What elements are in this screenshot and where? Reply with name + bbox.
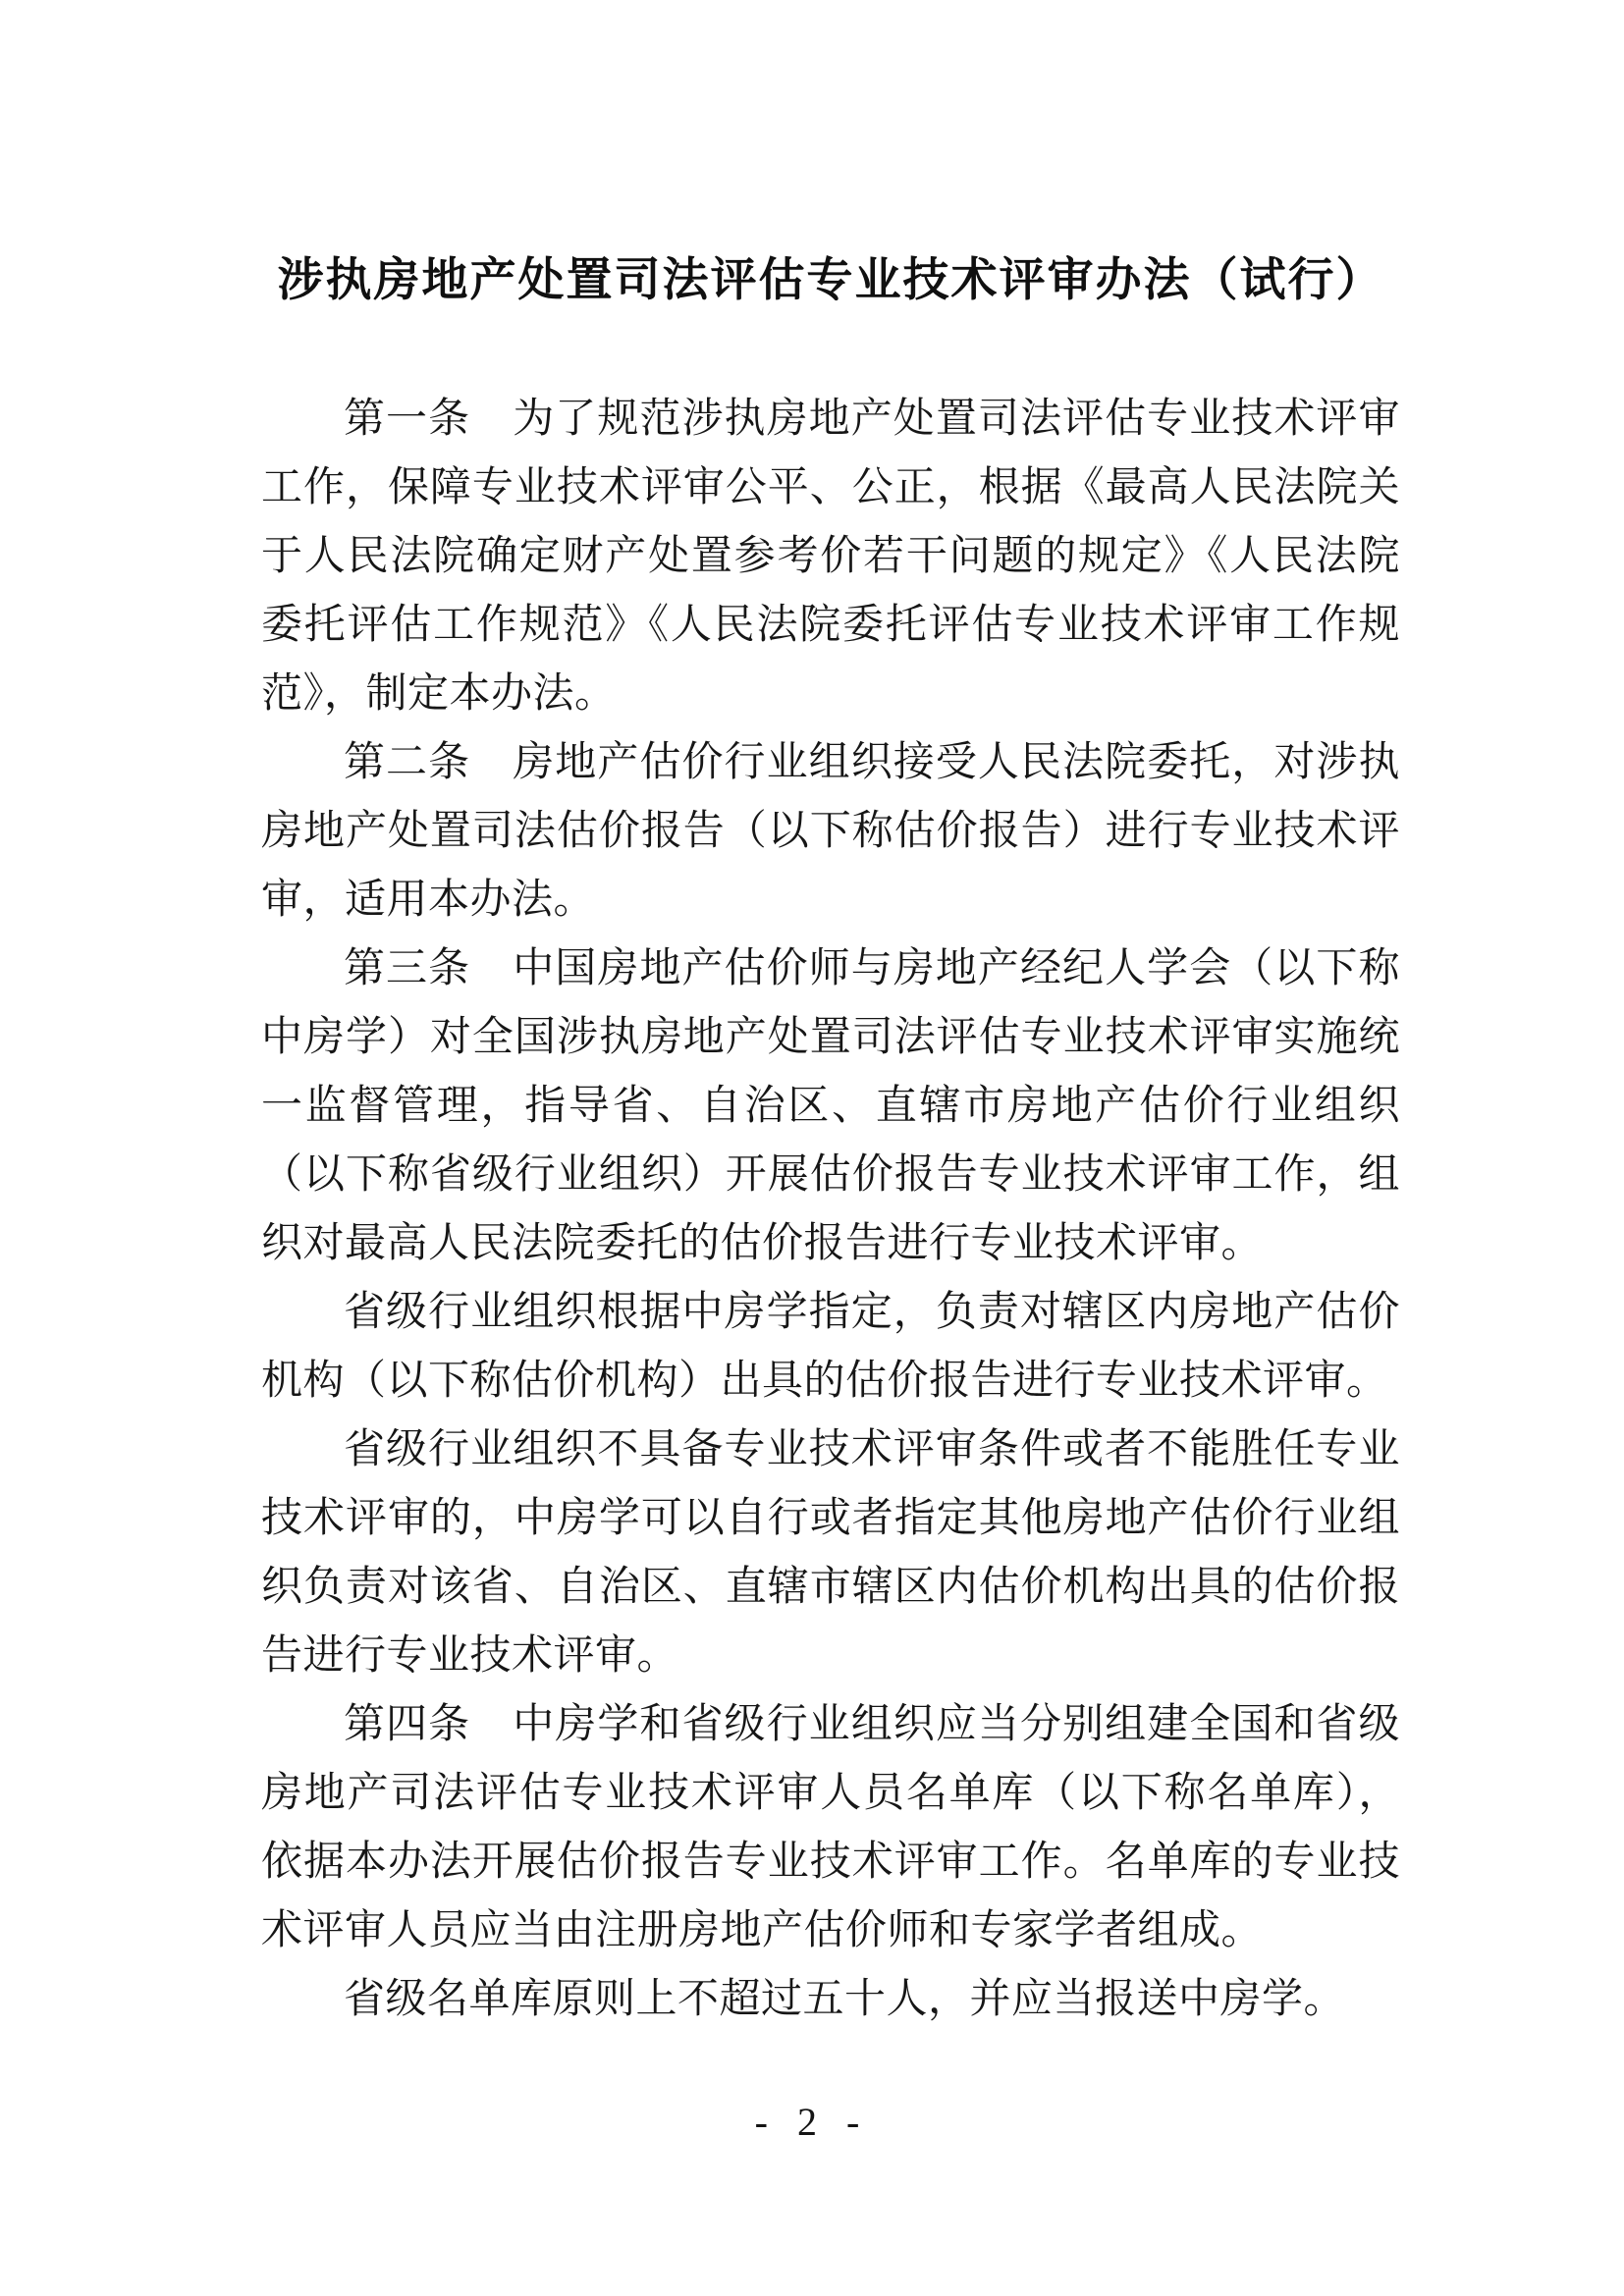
paragraph-article-2: 第二条 房地产估价行业组织接受人民法院委托，对涉执房地产处置司法估价报告（以下称… — [261, 728, 1400, 934]
document-content: 涉执房地产处置司法评估专业技术评审办法（试行） 第一条 为了规范涉执房地产处置司… — [261, 247, 1400, 2034]
paragraph-article-4: 第四条 中房学和省级行业组织应当分别组建全国和省级房地产司法评估专业技术评审人员… — [261, 1690, 1400, 1965]
paragraph-article-4-sub-1: 省级名单库原则上不超过五十人，并应当报送中房学。 — [261, 1965, 1400, 2034]
document-title: 涉执房地产处置司法评估专业技术评审办法（试行） — [261, 247, 1400, 312]
page-number: - 2 - — [0, 2099, 1624, 2145]
document-page: 涉执房地产处置司法评估专业技术评审办法（试行） 第一条 为了规范涉执房地产处置司… — [0, 0, 1624, 2296]
paragraph-article-3-sub-1: 省级行业组织根据中房学指定，负责对辖区内房地产估价机构（以下称估价机构）出具的估… — [261, 1278, 1400, 1415]
paragraph-article-1: 第一条 为了规范涉执房地产处置司法评估专业技术评审工作，保障专业技术评审公平、公… — [261, 385, 1400, 728]
document-body: 第一条 为了规范涉执房地产处置司法评估专业技术评审工作，保障专业技术评审公平、公… — [261, 385, 1400, 2034]
paragraph-article-3: 第三条 中国房地产估价师与房地产经纪人学会（以下称中房学）对全国涉执房地产处置司… — [261, 934, 1400, 1278]
paragraph-article-3-sub-2: 省级行业组织不具备专业技术评审条件或者不能胜任专业技术评审的，中房学可以自行或者… — [261, 1415, 1400, 1690]
